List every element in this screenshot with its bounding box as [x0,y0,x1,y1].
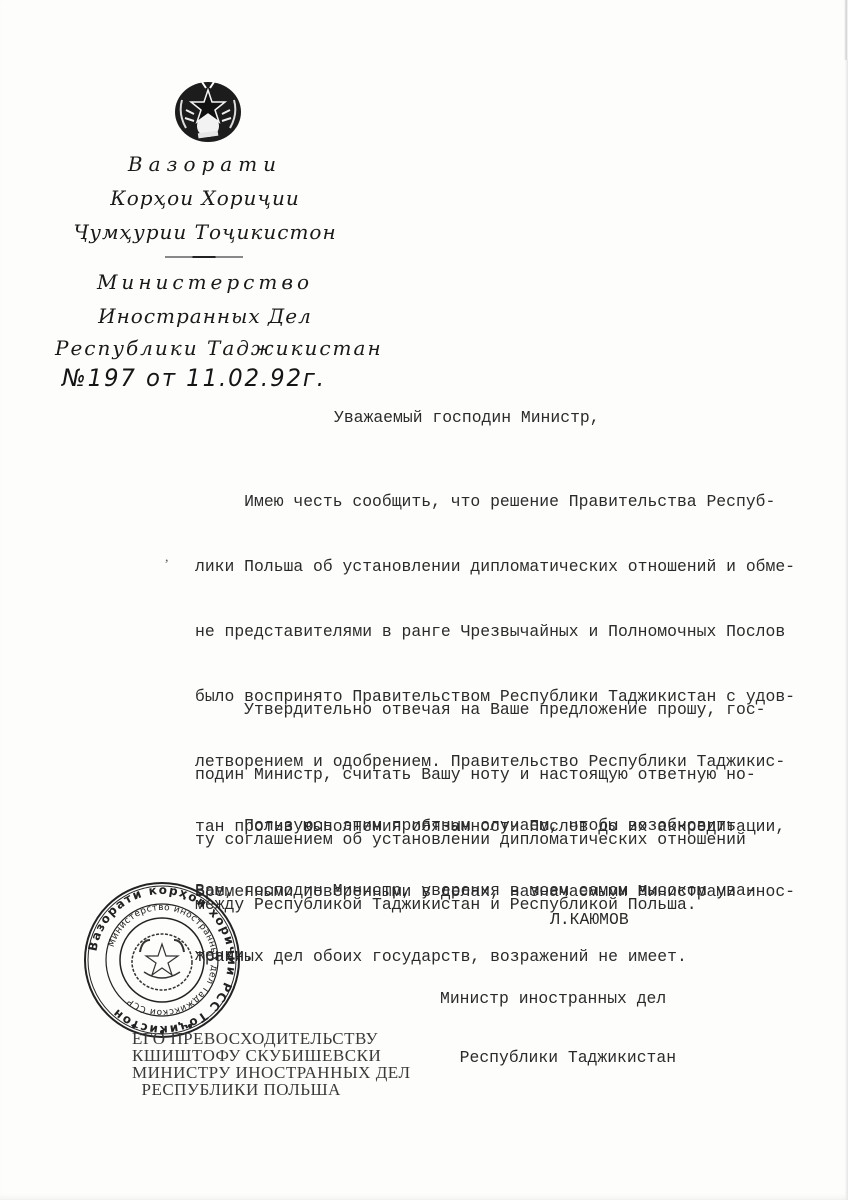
addressee-line: ЕГО ПРЕВОСХОДИТЕЛЬСТВУ [132,1030,411,1047]
letterhead-divider [165,256,243,258]
addressee-block: ЕГО ПРЕВОСХОДИТЕЛЬСТВУ КШИШТОФУ СКУБИШЕВ… [132,1030,411,1098]
paragraph-line: Имею честь сообщить, что решение Правите… [195,488,795,515]
letterhead-tajik-line-3: Ҷумҳурии Тоҷикистон [55,220,355,244]
letterhead: Вазорати Корҳои Хориҷии Ҷумҳурии Тоҷикис… [55,0,355,400]
letterhead-tajik-line-2: Корҳои Хориҷии [55,186,355,210]
signatory-title-line: Министр иностранных дел [440,988,676,1009]
letterhead-russian-line-1: Министерство [55,270,355,294]
letterhead-tajik-line-1: Вазорати [55,152,355,176]
scan-edge-shadow [844,0,848,60]
paragraph-line: не представителями в ранге Чрезвычайных … [195,618,795,645]
salutation: Уважаемый господин Министр, [334,408,600,427]
reference-number: №197 от 11.02.92г. [62,364,326,392]
paragraph-line: Вам, господин Министр, уверения в моем с… [195,877,756,904]
tajik-ssr-emblem-icon [132,934,192,990]
signatory-name: Л.КАЮМОВ [550,910,629,929]
paragraph-line: лики Польша об установлении дипломатичес… [195,553,795,580]
addressee-line: РЕСПУБЛИКИ ПОЛЬША [132,1081,411,1098]
addressee-line: КШИШТОФУ СКУБИШЕВСКИ [132,1047,411,1064]
document-page: Вазорати Корҳои Хориҷии Ҷумҳурии Тоҷикис… [0,0,848,1200]
letterhead-russian-line-2: Иностранных Дел [55,304,355,328]
stray-mark: , [165,550,169,566]
paragraph-line: Пользуюсь этим приятным случаем, чтобы в… [195,812,756,839]
letterhead-russian-line-3: Республики Таджикистан [55,336,355,360]
official-stamp: Вазорати корҳои хориҷии РСС Тоҷикистон М… [82,880,242,1040]
paragraph-line: Утвердительно отвечая на Ваше предложени… [195,696,766,723]
signatory-title-line: Республики Таджикистан [440,1047,676,1068]
signatory-title: Министр иностранных дел Республики Таджи… [440,950,676,1106]
addressee-line: МИНИСТРУ ИНОСТРАННЫХ ДЕЛ [132,1064,411,1081]
